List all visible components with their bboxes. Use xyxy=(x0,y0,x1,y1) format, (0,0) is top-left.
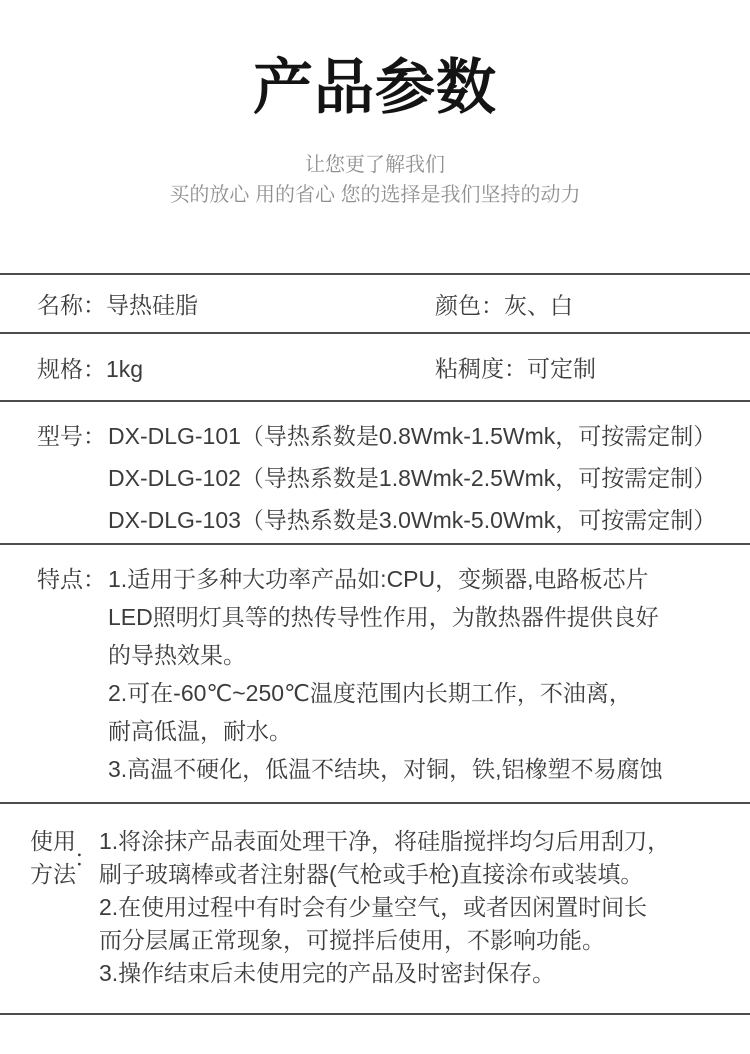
usage-value: 1.将涂抹产品表面处理干净，将硅脂搅拌均匀后用刮刀， 刷子玻璃棒或者注射器(气枪… xyxy=(99,825,670,990)
size-label: 规格： xyxy=(37,356,106,382)
spec-row-features: 特点： 1.适用于多种大功率产品如:CPU，变频器,电路板芯片 LED照明灯具等… xyxy=(0,545,750,804)
product-parameters-page: 产品参数 让您更了解我们 买的放心 用的省心 您的选择是我们坚持的动力 名称：导… xyxy=(0,0,750,1054)
model-label: 型号： xyxy=(37,415,106,457)
name-pair: 名称：导热硅脂 xyxy=(37,287,198,320)
name-value: 导热硅脂 xyxy=(106,292,198,318)
viscosity-pair: 粘稠度：可定制 xyxy=(435,351,596,384)
features-label: 特点： xyxy=(37,560,106,598)
usage-label-line1: 使用 xyxy=(30,825,76,858)
viscosity-label: 粘稠度： xyxy=(435,356,527,382)
usage-label: 使用 方法 ： xyxy=(30,825,97,891)
spec-row-size-viscosity: 规格：1kg 粘稠度：可定制 xyxy=(0,334,750,402)
color-pair: 颜色：灰、白 xyxy=(435,287,573,320)
color-value: 灰、白 xyxy=(504,292,573,318)
size-pair: 规格：1kg xyxy=(37,351,143,384)
viscosity-value: 可定制 xyxy=(527,356,596,382)
spec-row-model: 型号： DX-DLG-101（导热系数是0.8Wmk-1.5Wmk，可按需定制）… xyxy=(0,402,750,545)
spec-row-name-color: 名称：导热硅脂 颜色：灰、白 xyxy=(0,275,750,334)
spec-table: 名称：导热硅脂 颜色：灰、白 规格：1kg 粘稠度：可定制 型号： DX-DLG… xyxy=(0,273,750,1015)
page-title: 产品参数 xyxy=(0,52,750,124)
subtitle-primary: 让您更了解我们 xyxy=(0,152,750,178)
color-label: 颜色： xyxy=(435,292,504,318)
usage-label-colon: ： xyxy=(74,842,97,875)
usage-label-text: 使用 方法 xyxy=(30,825,76,891)
spec-row-usage: 使用 方法 ： 1.将涂抹产品表面处理干净，将硅脂搅拌均匀后用刮刀， 刷子玻璃棒… xyxy=(0,804,750,1015)
name-label: 名称： xyxy=(37,292,106,318)
features-value: 1.适用于多种大功率产品如:CPU，变频器,电路板芯片 LED照明灯具等的热传导… xyxy=(108,560,663,788)
model-value: DX-DLG-101（导热系数是0.8Wmk-1.5Wmk，可按需定制） DX-… xyxy=(108,415,716,541)
usage-label-line2: 方法 xyxy=(30,858,76,891)
subtitle-secondary: 买的放心 用的省心 您的选择是我们坚持的动力 xyxy=(0,182,750,208)
size-value: 1kg xyxy=(106,356,143,382)
page-header: 产品参数 让您更了解我们 买的放心 用的省心 您的选择是我们坚持的动力 xyxy=(0,0,750,208)
